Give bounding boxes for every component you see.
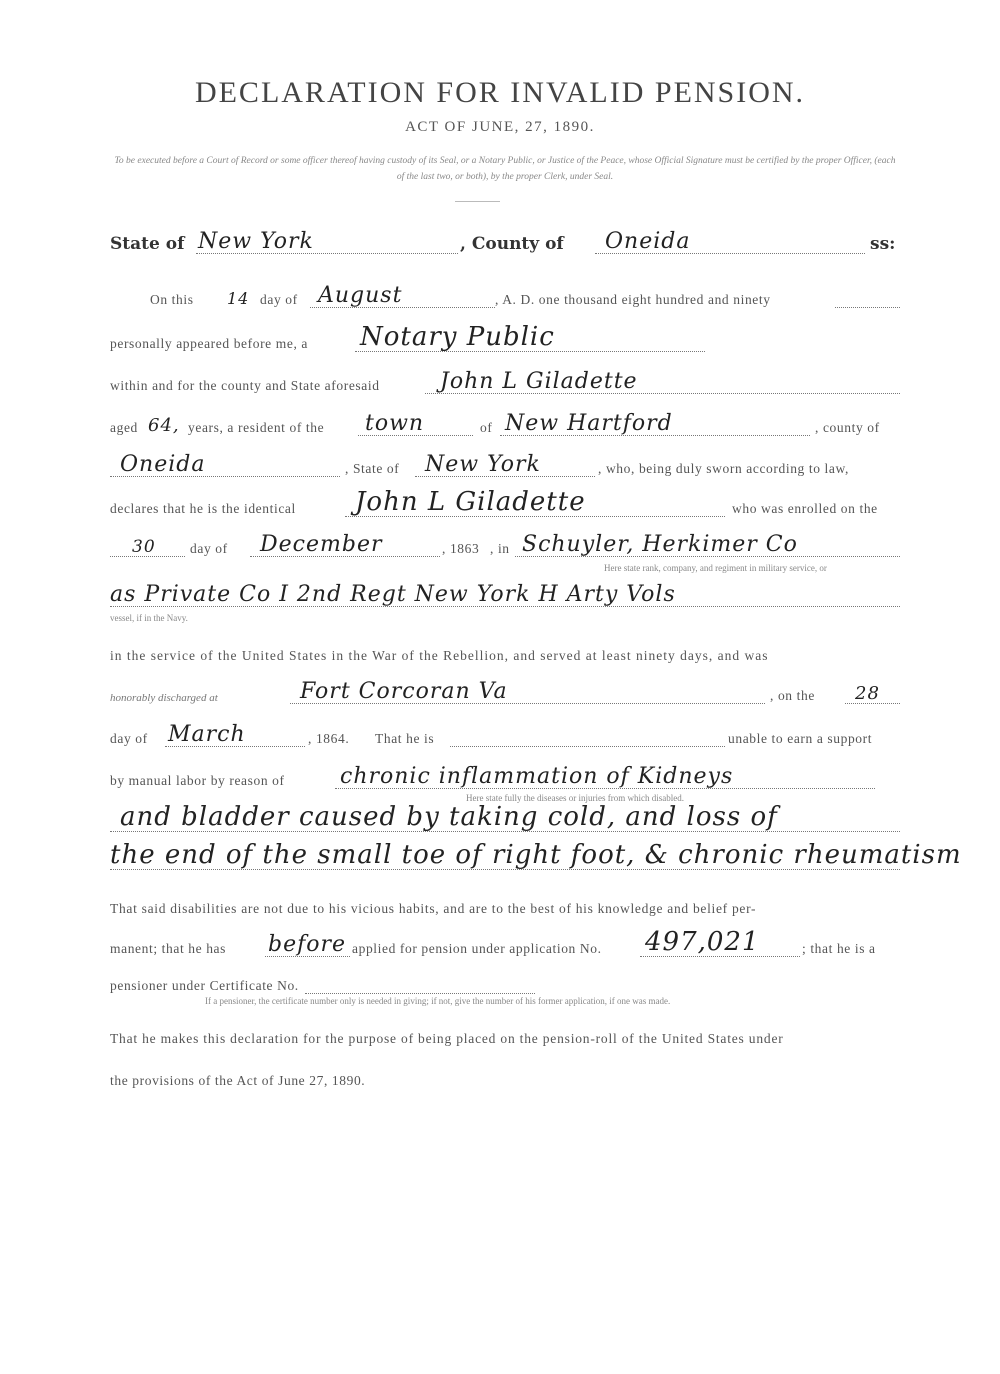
identical-line: declares that he is the identical John L… xyxy=(110,485,900,525)
age-field[interactable]: 64, xyxy=(148,415,180,436)
certificate-underline xyxy=(305,993,535,994)
town-underline xyxy=(500,435,810,436)
enrolled-day-of-label: day of xyxy=(190,541,228,557)
disability-line-2: and bladder caused by taking cold, and l… xyxy=(110,800,900,840)
application-line: manent; that he has before applied for p… xyxy=(110,925,900,965)
purpose-line: That he makes this declaration for the p… xyxy=(110,1015,900,1055)
county-label: , County of xyxy=(460,234,564,254)
disability-line-1: by manual labor by reason of chronic inf… xyxy=(110,757,900,797)
day-field[interactable]: 14 xyxy=(227,289,249,308)
discharge-month-line: day of March , 1864. That he is unable t… xyxy=(110,715,900,755)
ss-label: ss: xyxy=(870,234,895,254)
applied-underline xyxy=(265,956,350,957)
service-underline xyxy=(110,606,900,607)
residence-type-underline xyxy=(358,435,473,436)
state-label: State of xyxy=(110,234,184,254)
enrolled-year: , 1863 xyxy=(442,541,479,557)
service-statement: in the service of the United States in t… xyxy=(110,648,769,664)
manent-text: manent; that he has xyxy=(110,941,226,957)
enrolled-month-underline xyxy=(250,556,440,557)
vicious-habits-text: That said disabilities are not due to hi… xyxy=(110,901,756,917)
provisions-text: the provisions of the Act of June 27, 18… xyxy=(110,1073,365,1089)
applied-field[interactable]: before xyxy=(268,932,346,957)
certificate-caption: If a pensioner, the certificate number o… xyxy=(205,996,670,1006)
enrolled-day-field[interactable]: 30 xyxy=(132,537,156,557)
residence-county-field[interactable]: Oneida xyxy=(120,452,205,477)
officer-field[interactable]: Notary Public xyxy=(360,322,555,352)
disability-underline-1 xyxy=(335,788,875,789)
enrolled-place-field[interactable]: Schuyler, Herkimer Co xyxy=(522,532,798,557)
provisions-line: the provisions of the Act of June 27, 18… xyxy=(110,1057,900,1097)
venue-line: State of New York , County of Oneida ss: xyxy=(110,222,900,262)
residence-type-field[interactable]: town xyxy=(365,411,424,436)
day-of-label-2: day of xyxy=(110,731,148,747)
discharge-month-underline xyxy=(165,746,305,747)
date-line: On this 14 day of August , A. D. one tho… xyxy=(110,276,900,316)
of-label: of xyxy=(480,420,492,436)
discharge-month-field[interactable]: March xyxy=(168,722,246,747)
form-subtitle: ACT OF JUNE, 27, 1890. xyxy=(0,119,1000,136)
discharged-label: honorably discharged at xyxy=(110,692,218,704)
rank-caption: Here state rank, company, and regiment i… xyxy=(604,563,827,573)
ability-underline xyxy=(450,746,725,747)
disability-underline-3 xyxy=(110,869,900,870)
discharge-place-field[interactable]: Fort Corcoran Va xyxy=(300,679,508,704)
vicious-habits-line: That said disabilities are not due to hi… xyxy=(110,885,900,925)
disability-field-1[interactable]: chronic inflammation of Kidneys xyxy=(340,764,733,789)
certificate-label: pensioner under Certificate No. xyxy=(110,978,299,994)
residence-state-field[interactable]: New York xyxy=(425,452,541,477)
identical-name-field[interactable]: John L Giladette xyxy=(355,487,586,517)
in-text: , in xyxy=(490,541,510,557)
within-text: within and for the county and State afor… xyxy=(110,378,380,394)
county-state-line: Oneida , State of New York , who, being … xyxy=(110,445,900,485)
discharge-year: , 1864. xyxy=(308,731,349,747)
month-field[interactable]: August xyxy=(318,283,402,308)
aged-label: aged xyxy=(110,420,138,436)
discharge-day-underline xyxy=(845,703,900,704)
execution-instructions: To be executed before a Court of Record … xyxy=(110,153,900,185)
discharge-line: honorably discharged at Fort Corcoran Va… xyxy=(110,672,900,712)
disability-underline-2 xyxy=(110,831,900,832)
labor-text: by manual labor by reason of xyxy=(110,773,285,789)
day-of-label: day of xyxy=(260,292,298,308)
applied-text: applied for pension under application No… xyxy=(352,941,602,957)
sworn-text: , who, being duly sworn according to law… xyxy=(598,461,849,477)
purpose-text: That he makes this declaration for the p… xyxy=(110,1031,784,1047)
service-statement-line: in the service of the United States in t… xyxy=(110,632,900,672)
within-line: within and for the county and State afor… xyxy=(110,362,900,402)
vessel-caption: vessel, if in the Navy. xyxy=(110,613,188,623)
enrolled-line: 30 day of December , 1863 , in Schuyler,… xyxy=(110,525,900,565)
year-underline xyxy=(835,307,900,308)
enrolled-day-underline xyxy=(110,556,185,557)
form-title: DECLARATION FOR INVALID PENSION. xyxy=(0,76,1000,110)
application-number-underline xyxy=(640,956,800,957)
application-number-field[interactable]: 497,021 xyxy=(645,927,760,957)
on-the-label: , on the xyxy=(770,688,815,704)
certificate-line: pensioner under Certificate No. If a pen… xyxy=(110,962,900,1002)
disability-line-3: the end of the small toe of right foot, … xyxy=(110,838,900,878)
pensioner-text: ; that he is a xyxy=(802,941,876,957)
disability-field-2[interactable]: and bladder caused by taking cold, and l… xyxy=(120,802,778,832)
header-divider xyxy=(455,201,500,202)
service-line: as Private Co I 2nd Regt New York H Arty… xyxy=(110,575,900,615)
month-underline xyxy=(310,307,495,308)
residence-county-underline xyxy=(110,476,340,477)
years-text: years, a resident of the xyxy=(188,420,324,436)
declares-text: declares that he is the identical xyxy=(110,501,296,517)
county-of-text: , county of xyxy=(815,420,880,436)
enrolled-text: who was enrolled on the xyxy=(732,501,878,517)
enrolled-place-underline xyxy=(515,556,900,557)
ad-text: , A. D. one thousand eight hundred and n… xyxy=(495,292,771,308)
venue-county-underline xyxy=(595,253,865,254)
on-this-label: On this xyxy=(150,292,194,308)
discharge-day-field[interactable]: 28 xyxy=(855,683,880,704)
identical-underline xyxy=(345,516,725,517)
residence-state-underline xyxy=(415,476,595,477)
venue-state-underline xyxy=(196,253,458,254)
service-field[interactable]: as Private Co I 2nd Regt New York H Arty… xyxy=(110,582,676,607)
that-he-is-text: That he is xyxy=(375,731,434,747)
town-field[interactable]: New Hartford xyxy=(505,411,673,436)
venue-county-field[interactable]: Oneida xyxy=(605,229,690,254)
state-of-text: , State of xyxy=(345,461,399,477)
discharge-place-underline xyxy=(290,703,765,704)
claimant-underline xyxy=(425,393,900,394)
appeared-text: personally appeared before me, a xyxy=(110,336,308,352)
claimant-name-field[interactable]: John L Giladette xyxy=(440,369,638,394)
unable-text: unable to earn a support xyxy=(728,731,872,747)
appeared-line: personally appeared before me, a Notary … xyxy=(110,320,900,360)
disability-field-3[interactable]: the end of the small toe of right foot, … xyxy=(110,840,962,870)
venue-state-field[interactable]: New York xyxy=(198,229,314,254)
age-residence-line: aged 64, years, a resident of the town o… xyxy=(110,404,900,444)
enrolled-month-field[interactable]: December xyxy=(260,532,382,557)
officer-underline xyxy=(355,351,705,352)
